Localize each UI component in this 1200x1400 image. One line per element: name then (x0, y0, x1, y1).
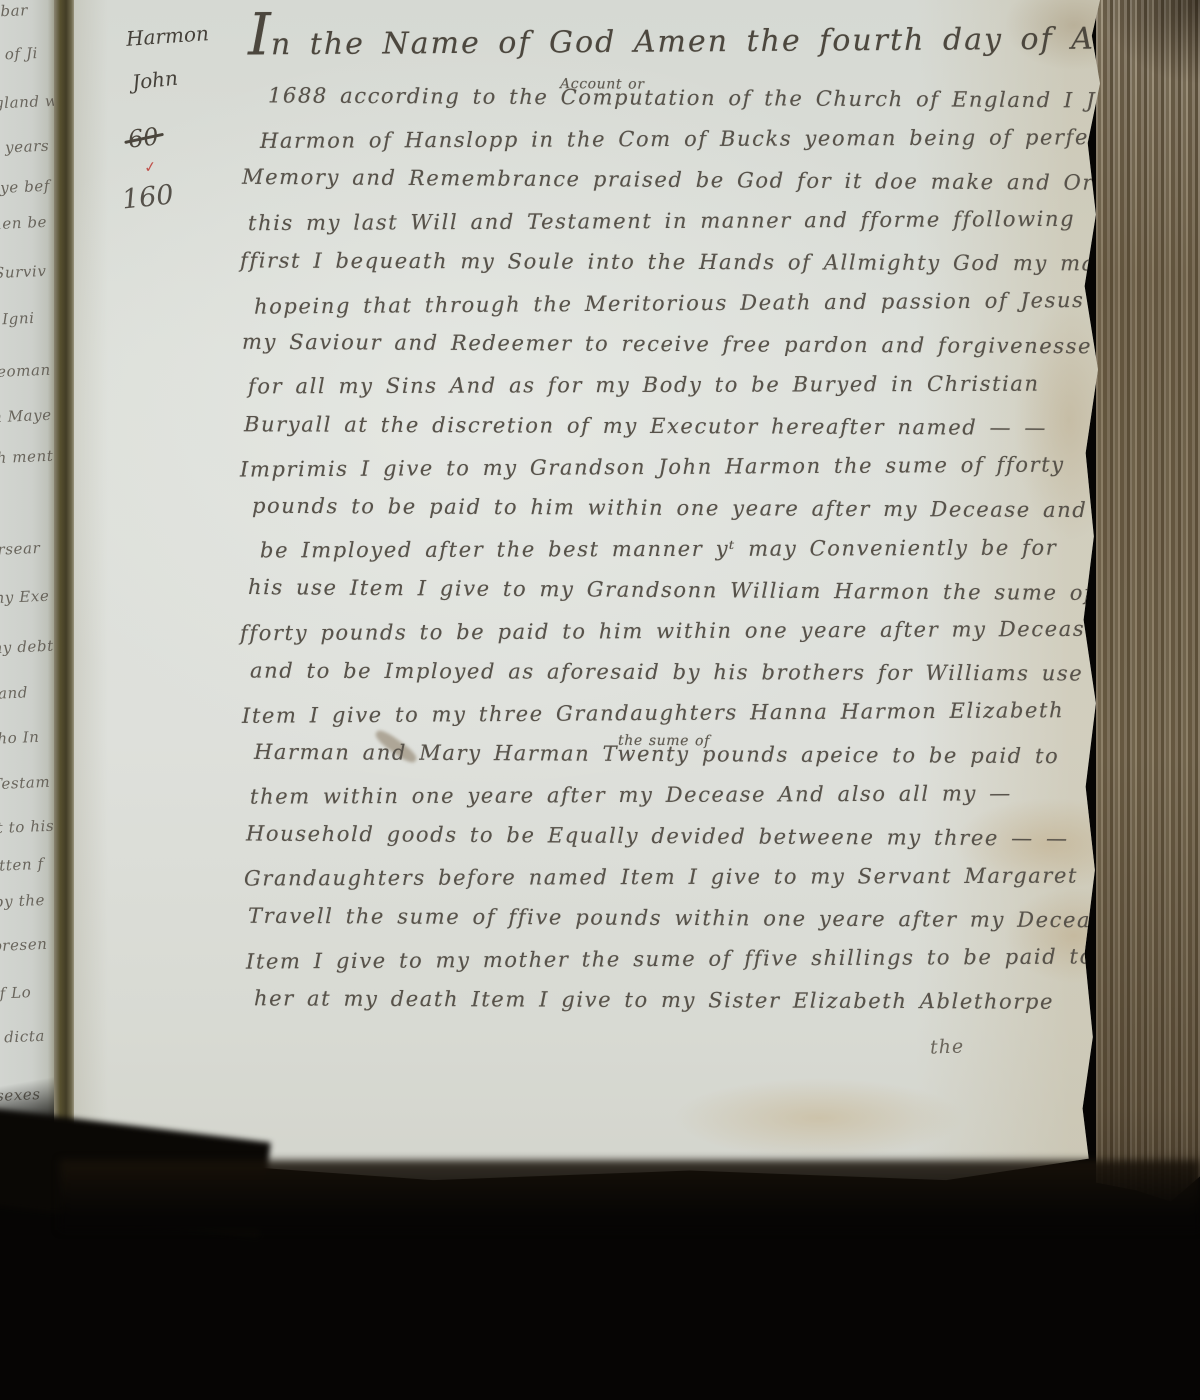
manuscript-photo: y bare of Jigland wty yearsdye befhen be… (0, 0, 1200, 1400)
manuscript-line: 1688 according to the Computation of the… (268, 83, 1141, 112)
adjacent-page-text-fragment: y bar (0, 1, 28, 21)
manuscript-line: ffirst I bequeath my Soule into the Hand… (240, 248, 1136, 275)
adjacent-page-text-fragment: th ment (0, 447, 54, 468)
manuscript-line: Item I give to my mother the sume of ffi… (246, 944, 1094, 973)
adjacent-page-text-fragment: e of Ji (0, 44, 38, 64)
adjacent-page-edge: y bare of Jigland wty yearsdye befhen be… (0, 0, 58, 1146)
adjacent-page-text-fragment: who In (0, 728, 40, 748)
manuscript-line: and to be Imployed as aforesaid by his b… (250, 659, 1083, 686)
adjacent-page-text-fragment: by the (0, 891, 45, 911)
adjacent-page-text-fragment: and (0, 683, 28, 702)
fore-edge-shading (1096, 0, 1200, 1258)
adjacent-page-text-fragment: n Maye (0, 406, 52, 426)
interlinear-insertion: Account or (560, 72, 645, 97)
adjacent-page-text-fragment: sexes (0, 1085, 41, 1105)
adjacent-page-text-fragment: my debt (0, 637, 54, 658)
adjacent-page-text-fragment: tt to his (0, 817, 55, 838)
manuscript-line: his use Item I give to my Grandsonn Will… (248, 575, 1094, 605)
manuscript-line: my Saviour and Redeemer to receive free … (242, 330, 1092, 358)
adjacent-page-text-fragment: my Exe (0, 587, 50, 607)
manuscript-line: Item I give to my three Grandaughters Ha… (242, 698, 1064, 728)
manuscript-line: Imprimis I give to my Grandson John Harm… (240, 452, 1065, 481)
manuscript-line: Harman and Mary Harman Twenty pounds ape… (254, 740, 1059, 768)
adjacent-page-text-fragment: gland w (0, 92, 58, 113)
manuscript-line: Memory and Remembrance praised be God fo… (242, 165, 1161, 195)
adjacent-page-text-fragment: Surviv (0, 262, 47, 282)
manuscript-line: be Imployed after the best manner yᵗ may… (260, 536, 1057, 563)
manuscript-line: her at my death Item I give to my Sister… (254, 986, 1054, 1013)
adjacent-page-text-fragment: hen be (0, 213, 47, 233)
adjacent-page-text-fragment: ty years (0, 137, 50, 158)
manuscript-line: this my last Will and Testament in manne… (248, 207, 1075, 235)
binding-gutter (54, 0, 76, 1160)
book-fore-edge (1096, 0, 1200, 1258)
adjacent-page-text-fragment: yeoman (0, 361, 51, 382)
manuscript-line: fforty pounds to be paid to him within o… (240, 617, 1099, 645)
adjacent-page-text-fragment: m Igni (0, 309, 35, 329)
bottom-shadow (60, 1160, 1200, 1230)
adjacent-page-text-fragment: dye bef (0, 177, 50, 197)
manuscript-page: Harmon John 60 ✓ 160 In the Name of God … (74, 0, 1100, 1192)
manuscript-line: In the Name of God Amen the fourth day o… (248, 23, 1200, 58)
manuscript-line: pounds to be paid to him within one year… (252, 494, 1124, 523)
interlinear-insertion: the sume of (618, 729, 710, 753)
adjacent-page-text-fragment: m dicta (0, 1027, 45, 1048)
manuscript-line: Household goods to be Equally devided be… (246, 821, 1069, 850)
manuscript-line: Harmon of Hanslopp in the Com of Bucks y… (260, 125, 1113, 153)
adjacent-page-text-fragment: Testam (0, 773, 51, 793)
adjacent-page-text-fragment: presen (0, 935, 48, 955)
manuscript-line: Buryall at the discretion of my Executor… (244, 412, 1047, 440)
manuscript-line: Grandaughters before named Item I give t… (244, 864, 1078, 891)
manuscript-line: them within one yeare after my Decease A… (250, 781, 1012, 808)
manuscript-line: Travell the sume of ffive pounds within … (248, 904, 1118, 933)
adjacent-page-text-fragment: ritten f (0, 855, 44, 875)
catchword: the (930, 1035, 965, 1058)
manuscript-line: hopeing that through the Meritorious Dea… (254, 287, 1172, 318)
adjacent-page-text-fragment: ersear (0, 539, 41, 559)
manuscript-line: for all my Sins And as for my Body to be… (248, 372, 1040, 399)
manuscript-text-block: In the Name of God Amen the fourth day o… (74, 0, 1100, 1192)
adjacent-page-text-fragment: of Lo (0, 983, 32, 1003)
